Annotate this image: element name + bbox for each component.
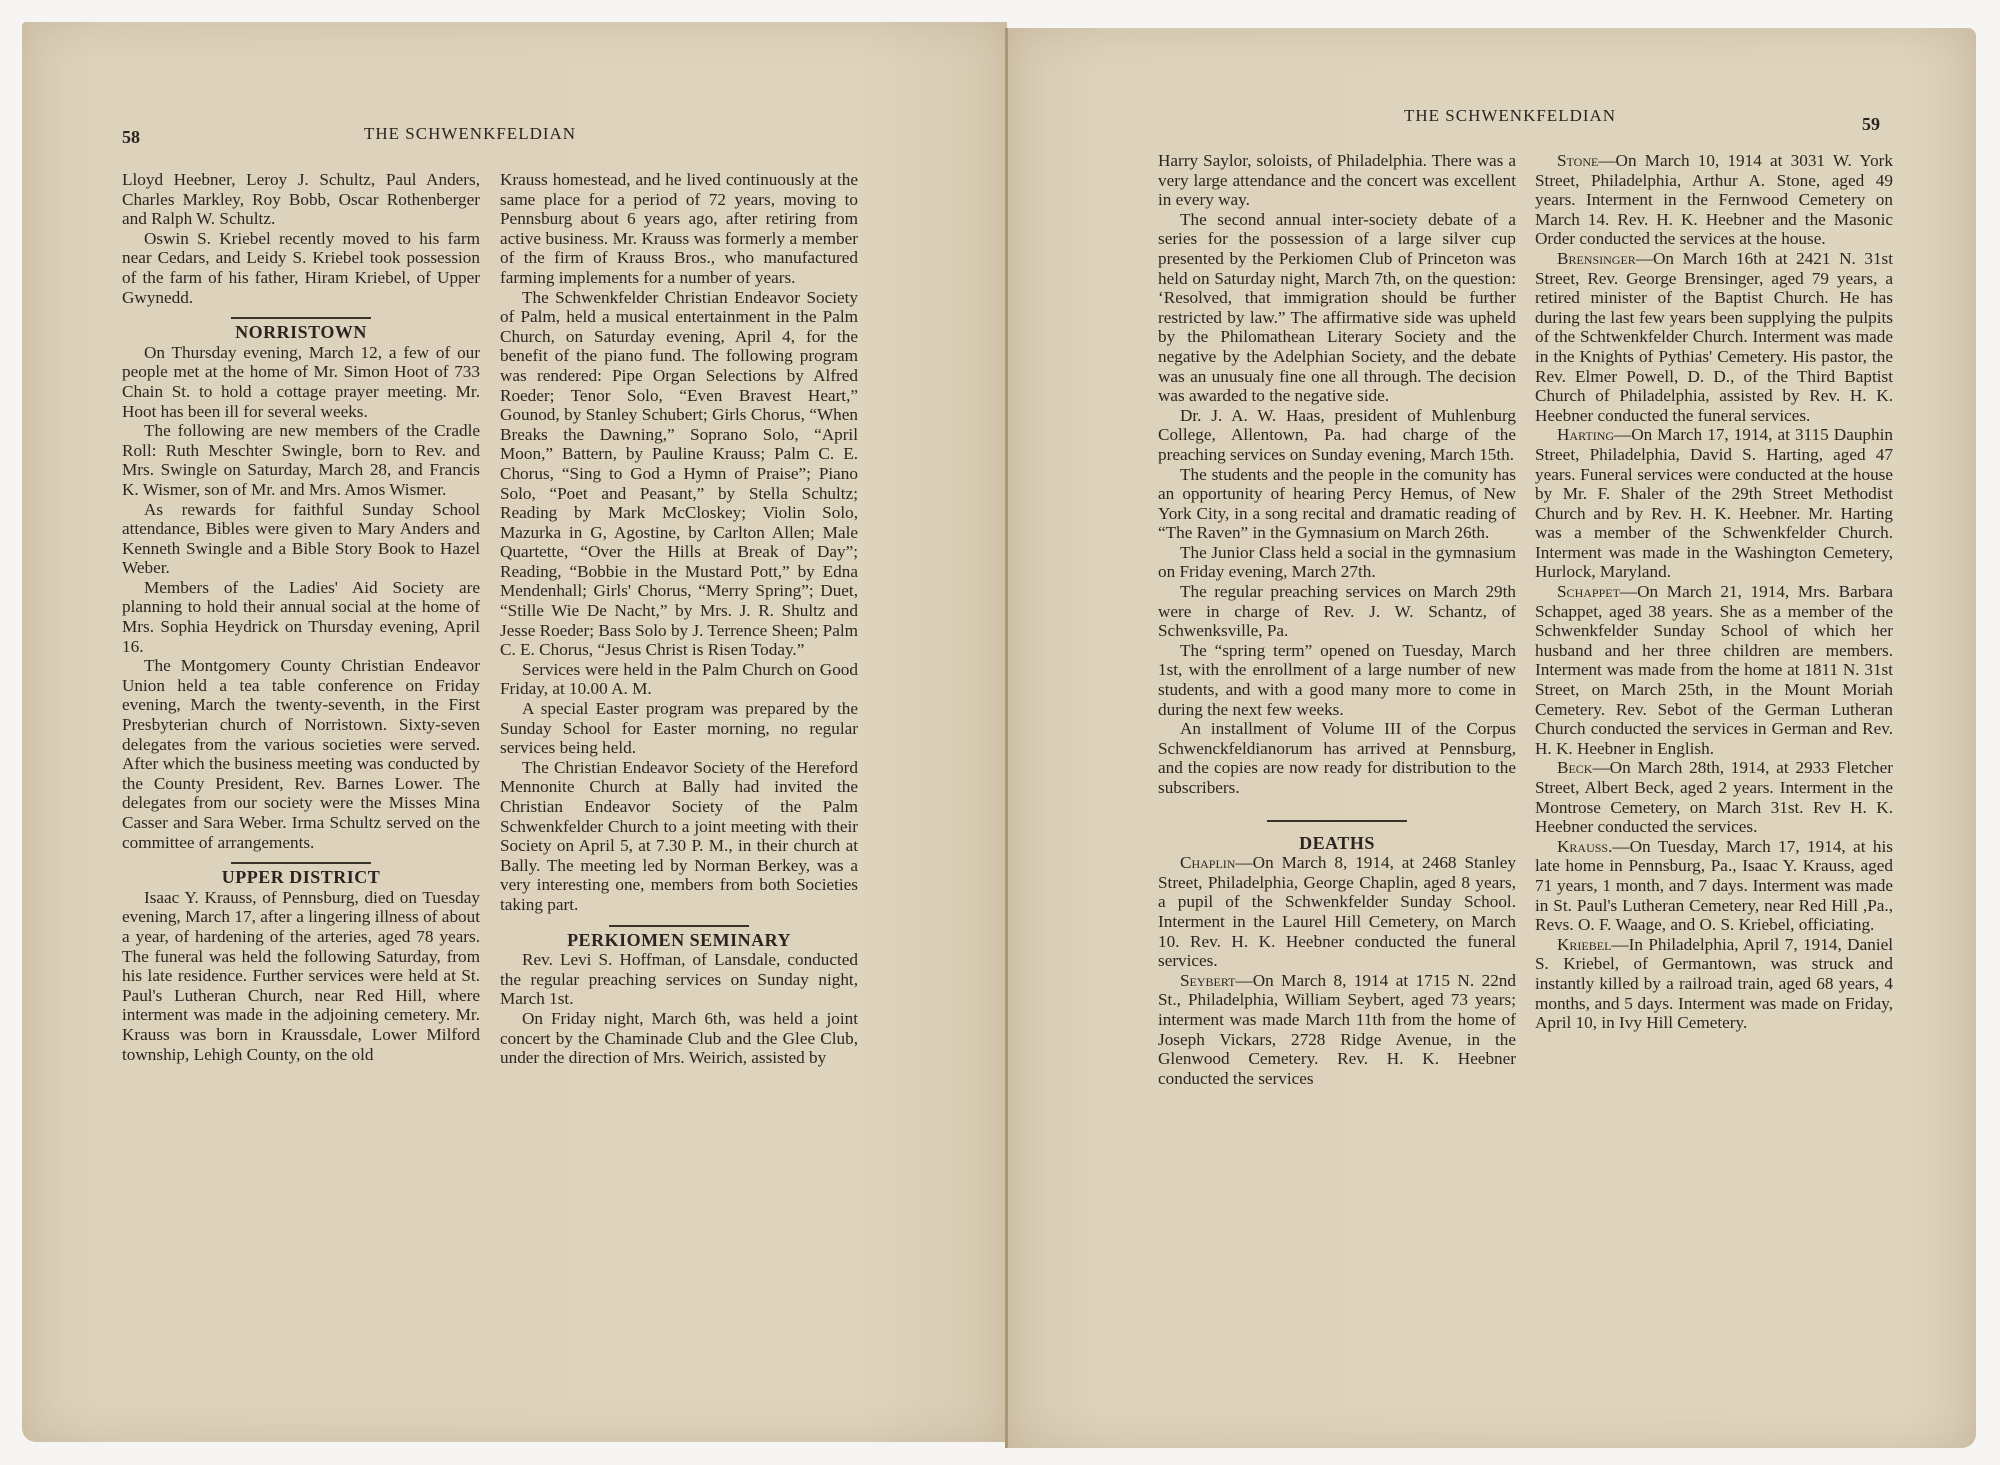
- paragraph: Harry Saylor, soloists, of Philadelphia.…: [1158, 151, 1516, 210]
- section-heading: NORRISTOWN: [122, 323, 480, 343]
- book-gutter: [1005, 28, 1008, 1448]
- left-page-column-2: Krauss homestead, and he lived continuou…: [500, 170, 858, 1068]
- running-head-left: THE SCHWENKFELDIAN: [364, 124, 576, 144]
- obituary-entry: Kriebel—In Philadelphia, April 7, 1914, …: [1535, 935, 1893, 1033]
- section-divider: [1267, 820, 1407, 822]
- obituary-surname: Krauss.: [1557, 837, 1612, 856]
- paragraph: The Montgomery County Christian Endeavor…: [122, 656, 480, 852]
- section-divider: [231, 317, 371, 319]
- obituary-entry: Chaplin—On March 8, 1914, at 2468 Stanle…: [1158, 853, 1516, 971]
- section-heading: DEATHS: [1158, 834, 1516, 854]
- page-number-left: 58: [122, 127, 140, 148]
- paragraph: The Christian Endeavor Society of the He…: [500, 758, 858, 915]
- paragraph: Krauss homestead, and he lived continuou…: [500, 170, 858, 288]
- left-page-column-1: Lloyd Heebner, Leroy J. Schultz, Paul An…: [122, 170, 480, 1064]
- paragraph: The Schwenkfelder Christian Endeavor Soc…: [500, 288, 858, 660]
- paragraph: A special Easter program was prepared by…: [500, 699, 858, 758]
- obituary-surname: Chaplin: [1180, 853, 1235, 872]
- section-heading: PERKIOMEN SEMINARY: [500, 931, 858, 951]
- section-heading: UPPER DISTRICT: [122, 868, 480, 888]
- obituary-entry: Harting—On March 17, 1914, at 3115 Dauph…: [1535, 425, 1893, 582]
- paragraph: The students and the people in the comun…: [1158, 465, 1516, 543]
- obituary-entry: Stone—On March 10, 1914 at 3031 W. York …: [1535, 151, 1893, 249]
- obituary-entry: Beck—On March 28th, 1914, at 2933 Fletch…: [1535, 758, 1893, 836]
- section-divider: [231, 862, 371, 864]
- paragraph: Services were held in the Palm Church on…: [500, 660, 858, 699]
- paragraph: The following are new members of the Cra…: [122, 421, 480, 499]
- obituary-entry: Brensinger—On March 16th at 2421 N. 31st…: [1535, 249, 1893, 425]
- obituary-surname: Seybert: [1180, 971, 1236, 990]
- obituary-text: —On March 16th at 2421 N. 31st Street, R…: [1535, 249, 1893, 425]
- obituary-surname: Kriebel: [1557, 935, 1611, 954]
- paragraph: As rewards for faithful Sunday School at…: [122, 500, 480, 578]
- paragraph: Dr. J. A. W. Haas, president of Muhlenbu…: [1158, 406, 1516, 465]
- obituary-text: —On March 17, 1914, at 3115 Dauphin Stre…: [1535, 425, 1893, 581]
- paragraph: An installment of Volume III of the Corp…: [1158, 719, 1516, 797]
- paragraph: Isaac Y. Krauss, of Pennsburg, died on T…: [122, 888, 480, 1064]
- paragraph: On Thursday evening, March 12, a few of …: [122, 343, 480, 421]
- obituary-entry: Krauss.—On Tuesday, March 17, 1914, at h…: [1535, 837, 1893, 935]
- paragraph: The Junior Class held a social in the gy…: [1158, 543, 1516, 582]
- obituary-entry: Schappet—On March 21, 1914, Mrs. Barbara…: [1535, 582, 1893, 758]
- right-page-column-1: Harry Saylor, soloists, of Philadelphia.…: [1158, 151, 1516, 1088]
- paragraph: Members of the Ladies' Aid Society are p…: [122, 578, 480, 656]
- page-number-right: 59: [1862, 114, 1880, 135]
- paragraph: The regular preaching services on March …: [1158, 582, 1516, 641]
- running-head-right: THE SCHWENKFELDIAN: [1404, 106, 1616, 126]
- obituary-surname: Schappet: [1557, 582, 1620, 601]
- paragraph: On Friday night, March 6th, was held a j…: [500, 1009, 858, 1068]
- paragraph: The second annual inter-society debate o…: [1158, 210, 1516, 406]
- obituary-surname: Harting: [1557, 425, 1614, 444]
- obituary-surname: Stone: [1557, 151, 1598, 170]
- obituary-surname: Beck: [1557, 758, 1592, 777]
- obituary-entry: Seybert—On March 8, 1914 at 1715 N. 22nd…: [1158, 971, 1516, 1089]
- paragraph: Lloyd Heebner, Leroy J. Schultz, Paul An…: [122, 170, 480, 229]
- paragraph: Oswin S. Kriebel recently moved to his f…: [122, 229, 480, 307]
- obituary-text: —On March 21, 1914, Mrs. Barbara Schappe…: [1535, 582, 1893, 758]
- right-page-column-2: Stone—On March 10, 1914 at 3031 W. York …: [1535, 151, 1893, 1033]
- paragraph: The “spring term” opened on Tuesday, Mar…: [1158, 641, 1516, 719]
- section-divider: [609, 925, 749, 927]
- paragraph: Rev. Levi S. Hoffman, of Lansdale, condu…: [500, 950, 858, 1009]
- obituary-surname: Brensinger: [1557, 249, 1636, 268]
